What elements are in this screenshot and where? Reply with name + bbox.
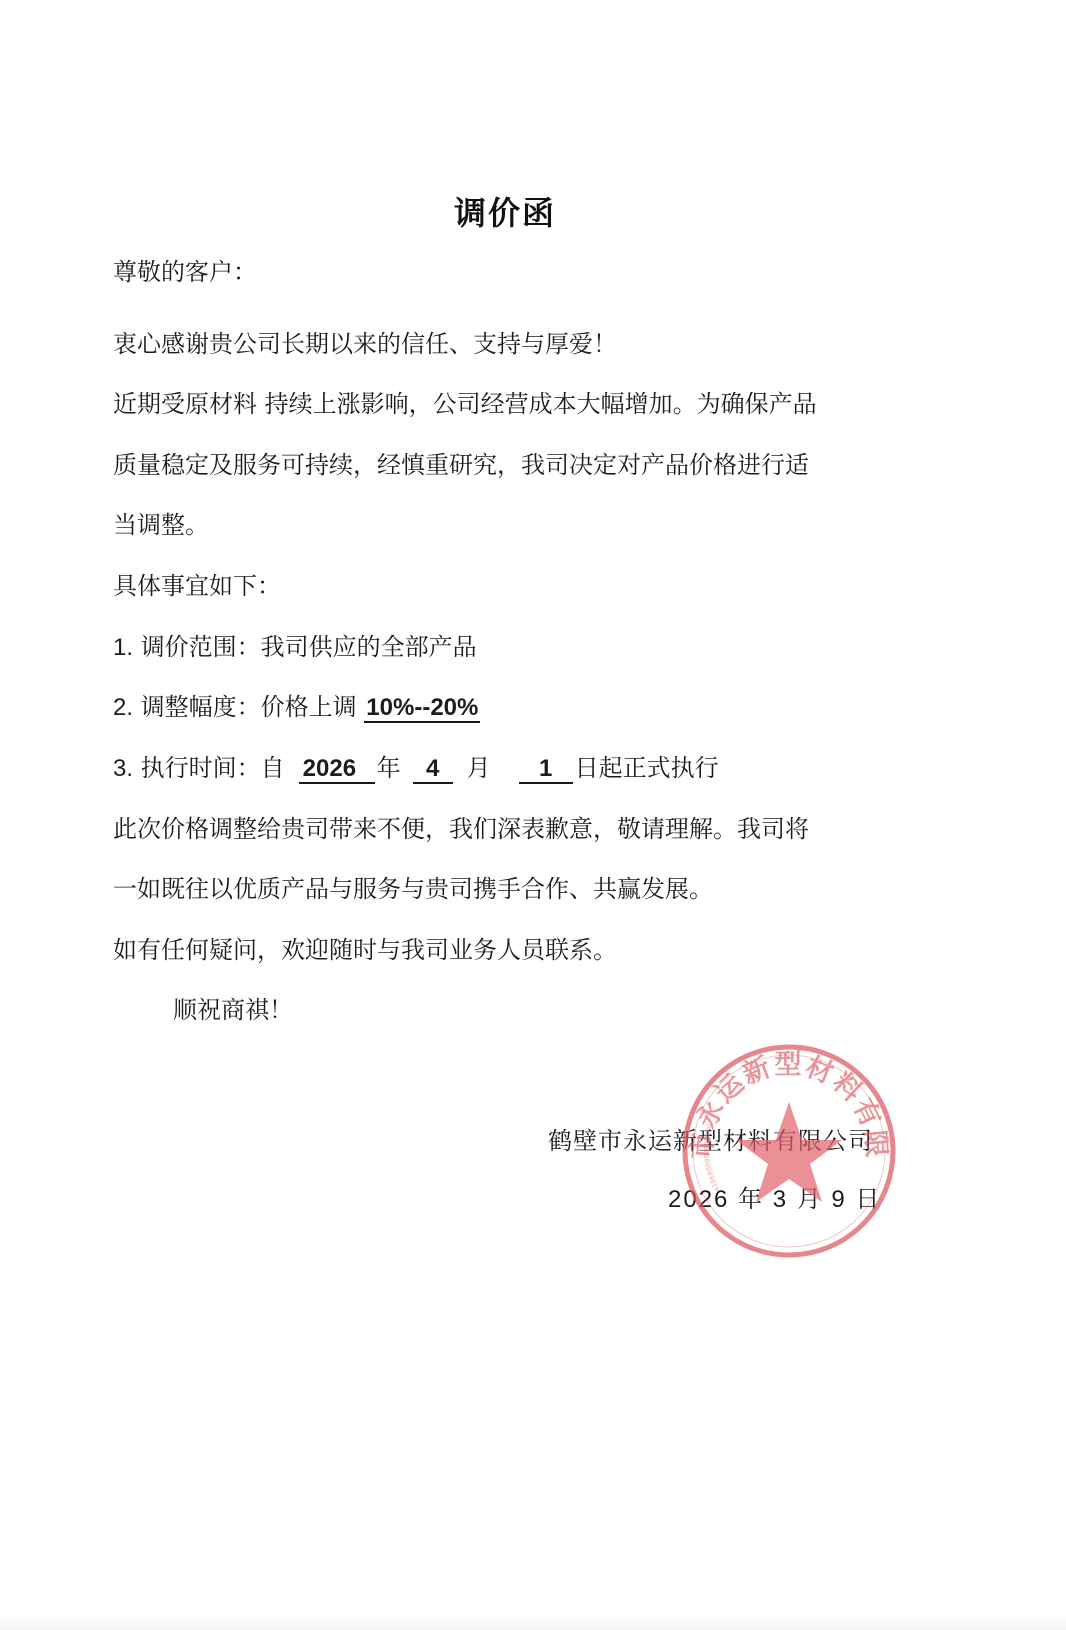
item-text: 价格上调 [261,693,357,721]
year-unit: 年 [377,754,401,782]
closing-line-1: 此次价格调整给贵司带来不便，我们深表歉意，敬请理解。我司将 [113,814,809,844]
signature-company: 鹤壁市永运新型材料有限公司 [548,1126,873,1156]
item-label: 调整幅度： [141,693,261,721]
item-number: 3. [113,755,133,782]
item-number: 2. [113,694,133,721]
thanks-line: 衷心感谢贵公司长期以来的信任、支持与厚爱！ [113,329,617,359]
item-suffix: 日起正式执行 [575,754,719,782]
page-edge [0,1616,1066,1630]
paragraph-line-2: 质量稳定及服务可持续，经慎重研究，我司决定对产品价格进行适 [113,450,809,480]
paragraph-line-1: 近期受原材料 持续上涨影响，公司经营成本大幅增加。为确保产品 [113,389,817,419]
month-unit: 月 [467,754,491,782]
item-label: 调价范围： [141,633,261,661]
item-prefix: 自 [261,754,285,782]
closing-line-2: 一如既往以优质产品与服务与贵司携手合作、共赢发展。 [113,874,713,904]
effective-year: 2026 [299,756,375,784]
effective-month: 4 [413,756,453,784]
details-intro: 具体事宜如下： [113,571,281,601]
regards: 顺祝商祺！ [173,995,293,1025]
salutation: 尊敬的客户： [113,257,257,287]
letter-page: 调价函 尊敬的客户： 衷心感谢贵公司长期以来的信任、支持与厚爱！ 近期受原材料 … [0,0,1066,1630]
item-range: 2. 调整幅度：价格上调 10%--20% [113,692,480,723]
increase-range-value: 10%--20% [364,695,480,723]
document-title: 调价函 [0,188,1010,234]
item-text: 我司供应的全部产品 [261,633,477,661]
item-label: 执行时间： [141,754,261,782]
effective-day: 1 [519,756,573,784]
item-scope: 1. 调价范围：我司供应的全部产品 [113,632,477,663]
item-number: 1. [113,634,133,661]
closing-line-3: 如有任何疑问，欢迎随时与我司业务人员联系。 [113,935,617,965]
paragraph-line-3: 当调整。 [113,510,209,540]
item-effective-date: 3. 执行时间：自2026年4月1日起正式执行 [113,753,719,784]
signature-date: 2026 年 3 月 9 日 [668,1185,881,1215]
